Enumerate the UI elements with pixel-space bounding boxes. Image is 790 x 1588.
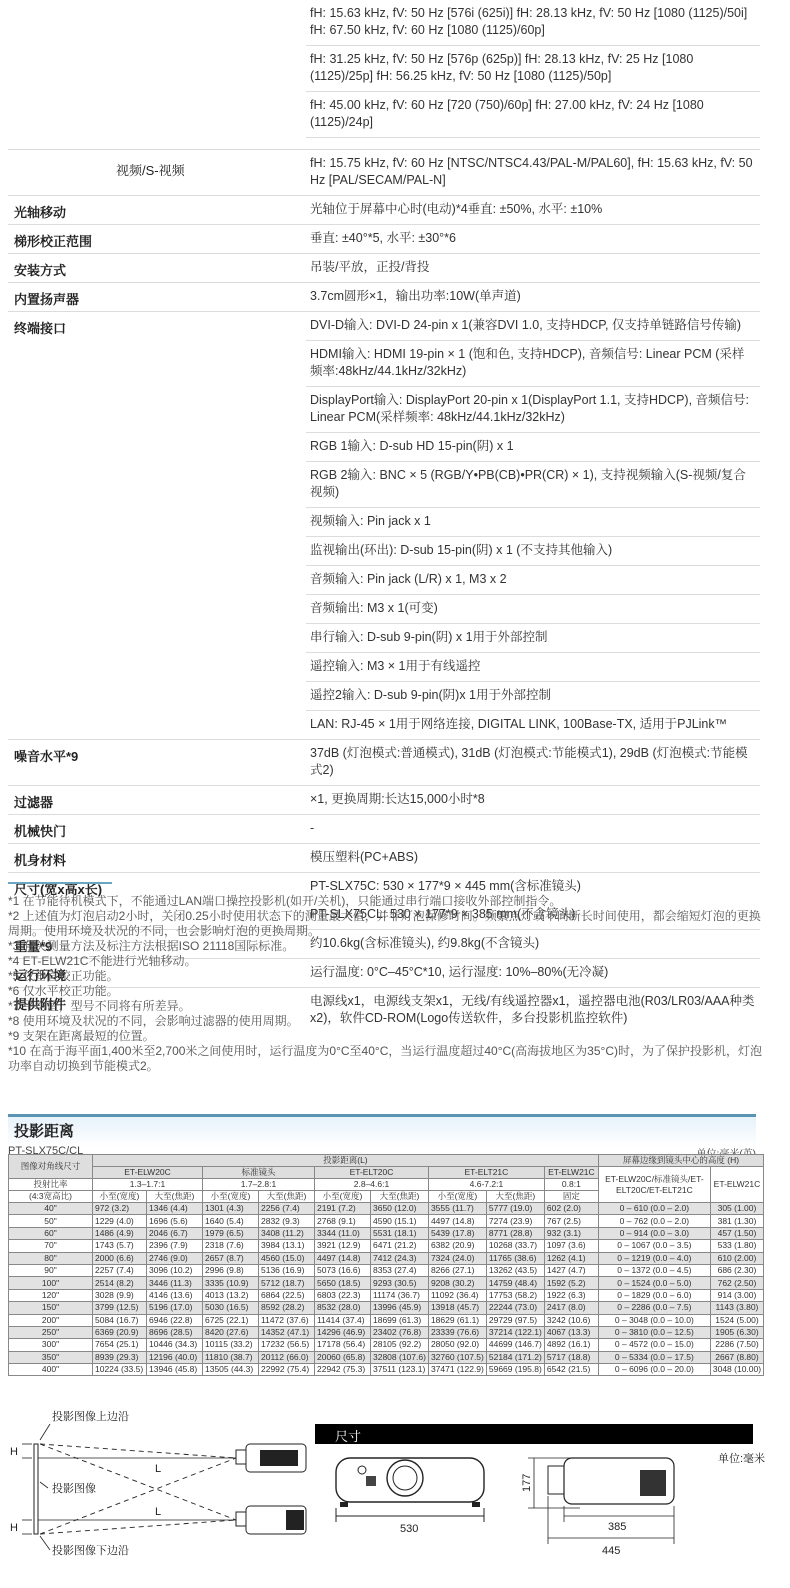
- table-cell: 1524 (5.00): [710, 1314, 763, 1326]
- table-cell: 11414 (37.4): [315, 1314, 371, 1326]
- table-row: 50"1229 (4.0)1696 (5.6)1640 (5.4)2832 (9…: [9, 1215, 764, 1227]
- table-cell: 11810 (38.7): [203, 1351, 259, 1363]
- table-cell: 3555 (11.7): [428, 1203, 486, 1215]
- max-label: 大至(焦距): [371, 1191, 429, 1203]
- footnote: *3 有关测量方法及标注方法根据ISO 21118国际标准。: [8, 939, 768, 954]
- table-cell: 8353 (27.4): [371, 1264, 429, 1276]
- spec-table: fH: 15.63 kHz, fV: 50 Hz [576i (625i)] f…: [8, 0, 760, 1033]
- table-cell: 5712 (18.7): [259, 1277, 315, 1289]
- table-cell: 602 (2.0): [544, 1203, 598, 1215]
- spec-value: RGB 1输入: D-sub HD 15-pin(阴) x 1: [306, 433, 760, 462]
- table-cell: 13946 (45.8): [147, 1364, 203, 1376]
- table-row: 90"2257 (7.4)3096 (10.2)2996 (9.8)5136 (…: [9, 1264, 764, 1276]
- table-cell: 29729 (97.5): [486, 1314, 544, 1326]
- table-cell: 14352 (47.1): [259, 1326, 315, 1338]
- spec-value: 视频输入: Pin jack x 1: [306, 508, 760, 537]
- table-cell: 6946 (22.8): [147, 1314, 203, 1326]
- table-cell: 5073 (16.6): [315, 1264, 371, 1276]
- table-cell: 2996 (9.8): [203, 1264, 259, 1276]
- table-row: 300"7654 (25.1)10446 (34.3)10115 (33.2)1…: [9, 1339, 764, 1351]
- image-label: 投影图像: [52, 1481, 96, 1495]
- diag-size-cell: 90": [9, 1264, 93, 1276]
- ratio: 1.3–1.7:1: [93, 1179, 203, 1191]
- table-row: 200"5084 (16.7)6946 (22.8)6725 (22.1)114…: [9, 1314, 764, 1326]
- table-cell: 37511 (123.1): [371, 1364, 429, 1376]
- table-cell: 6725 (22.1): [203, 1314, 259, 1326]
- table-cell: 2746 (9.0): [147, 1252, 203, 1264]
- table-cell: 6382 (20.9): [428, 1240, 486, 1252]
- table-cell: 2046 (6.7): [147, 1227, 203, 1239]
- ratio-aspect-label: (4:3宽高比): [9, 1191, 93, 1203]
- spec-value: -: [306, 815, 760, 843]
- projection-distance-header: 投影距离: [8, 1114, 756, 1147]
- projection-distance-table: 图像对角线尺寸 投影距离(L) 屏幕边缘到镜头中心的高度 (H) ET-ELW2…: [8, 1154, 764, 1376]
- h-label: H: [10, 1446, 18, 1458]
- projector-side-view: 177 385 445: [520, 1450, 720, 1560]
- spec-row: 机身材料模压塑料(PC+ABS): [8, 844, 760, 873]
- table-cell: 2318 (7.6): [203, 1240, 259, 1252]
- table-cell: 6369 (20.9): [93, 1326, 147, 1338]
- spec-label: 机械快门: [8, 815, 306, 843]
- footnote: *8 使用环境及状况的不同，会影响过滤器的使用周期。: [8, 1014, 768, 1029]
- table-cell: 4013 (13.2): [203, 1289, 259, 1301]
- table-cell: 1143 (3.80): [710, 1302, 763, 1314]
- table-cell: 767 (2.5): [544, 1215, 598, 1227]
- table-cell: 17178 (56.4): [315, 1339, 371, 1351]
- spec-value: fH: 15.63 kHz, fV: 50 Hz [576i (625i)] f…: [306, 0, 760, 46]
- table-cell: 37471 (122.9): [428, 1364, 486, 1376]
- table-cell: 23402 (76.8): [371, 1326, 429, 1338]
- table-cell: 2257 (7.4): [93, 1264, 147, 1276]
- spec-value: 光轴位于屏幕中心时(电动)*4垂直: ±50%, 水平: ±10%: [306, 196, 760, 224]
- table-cell: 11472 (37.6): [259, 1314, 315, 1326]
- spec-value: 遥控2输入: D-sub 9-pin(阴)x 1用于外部控制: [306, 682, 760, 711]
- max-label: 大至(焦距): [259, 1191, 315, 1203]
- table-cell: 17232 (56.5): [259, 1339, 315, 1351]
- table-cell: 0 – 3810 (0.0 – 12.5): [598, 1326, 710, 1338]
- spec-value: [306, 138, 760, 149]
- table-cell: 0 – 3048 (0.0 – 10.0): [598, 1314, 710, 1326]
- spec-label: 视频/S-视频: [8, 150, 306, 195]
- spec-row: 光轴移动光轴位于屏幕中心时(电动)*4垂直: ±50%, 水平: ±10%: [8, 196, 760, 225]
- table-cell: 11092 (36.4): [428, 1289, 486, 1301]
- table-cell: 3335 (10.9): [203, 1277, 259, 1289]
- table-cell: 52184 (171.2): [486, 1351, 544, 1363]
- table-row: 60"1486 (4.9)2046 (6.7)1979 (6.5)3408 (1…: [9, 1227, 764, 1239]
- spec-label: 内置扬声器: [8, 283, 306, 311]
- table-cell: 0 – 1067 (0.0 – 3.5): [598, 1240, 710, 1252]
- table-cell: 914 (3.00): [710, 1289, 763, 1301]
- table-cell: 7274 (23.9): [486, 1215, 544, 1227]
- table-cell: 5439 (17.8): [428, 1227, 486, 1239]
- diag-size-cell: 200": [9, 1314, 93, 1326]
- table-cell: 4497 (14.8): [315, 1252, 371, 1264]
- diag-size-cell: 250": [9, 1326, 93, 1338]
- table-cell: 0 – 1829 (0.0 – 6.0): [598, 1289, 710, 1301]
- table-cell: 0 – 610 (0.0 – 2.0): [598, 1203, 710, 1215]
- table-cell: 44699 (146.7): [486, 1339, 544, 1351]
- table-cell: 8420 (27.6): [203, 1326, 259, 1338]
- table-cell: 0 – 2286 (0.0 – 7.5): [598, 1302, 710, 1314]
- table-cell: 1743 (5.7): [93, 1240, 147, 1252]
- table-cell: 13918 (45.7): [428, 1302, 486, 1314]
- table-cell: 28105 (92.2): [371, 1339, 429, 1351]
- spec-row: 噪音水平*937dB (灯泡模式:普通模式), 31dB (灯泡模式:节能模式1…: [8, 740, 760, 786]
- table-cell: 4590 (15.1): [371, 1215, 429, 1227]
- lens-header: ET-ELW21C: [544, 1167, 598, 1179]
- table-cell: 3096 (10.2): [147, 1264, 203, 1276]
- diag-size-cell: 80": [9, 1252, 93, 1264]
- table-cell: 0 – 1372 (0.0 – 4.5): [598, 1264, 710, 1276]
- diag-size-cell: 300": [9, 1339, 93, 1351]
- spec-value: 音频输出: M3 x 1(可变): [306, 595, 760, 624]
- table-cell: 305 (1.00): [710, 1203, 763, 1215]
- table-cell: 5196 (17.0): [147, 1302, 203, 1314]
- spec-value: 垂直: ±40°*5, 水平: ±30°*6: [306, 225, 760, 253]
- body-length-dimension: 385: [608, 1521, 626, 1533]
- table-cell: 1979 (6.5): [203, 1227, 259, 1239]
- diag-size-cell: 400": [9, 1364, 93, 1376]
- table-cell: 14296 (46.9): [315, 1326, 371, 1338]
- footnotes: *1 在节能待机模式下，不能通过LAN端口操控投影机(如开/关机)，只能通过串行…: [8, 894, 768, 1074]
- lens-header: ET-ELW20C: [93, 1167, 203, 1179]
- spec-value: fH: 15.75 kHz, fV: 60 Hz [NTSC/NTSC4.43/…: [306, 150, 760, 195]
- table-cell: 3799 (12.5): [93, 1302, 147, 1314]
- spec-label: 安装方式: [8, 254, 306, 282]
- table-cell: 1346 (4.4): [147, 1203, 203, 1215]
- table-cell: 932 (3.1): [544, 1227, 598, 1239]
- table-cell: 14759 (48.4): [486, 1277, 544, 1289]
- table-cell: 686 (2.30): [710, 1264, 763, 1276]
- spec-value: 吊装/平放，正投/背投: [306, 254, 760, 282]
- footnote: *6 仅水平校正功能。: [8, 984, 768, 999]
- table-cell: 5136 (16.9): [259, 1264, 315, 1276]
- max-label: 大至(焦距): [486, 1191, 544, 1203]
- spec-label: 机身材料: [8, 844, 306, 872]
- lens-header: 标准镜头: [203, 1167, 315, 1179]
- diag-size-cell: 50": [9, 1215, 93, 1227]
- table-cell: 0 – 5334 (0.0 – 17.5): [598, 1351, 710, 1363]
- table-cell: 610 (2.00): [710, 1252, 763, 1264]
- table-cell: 32808 (107.6): [371, 1351, 429, 1363]
- distance-header: 投影距离(L): [93, 1155, 599, 1167]
- table-cell: 762 (2.50): [710, 1277, 763, 1289]
- table-row: 100"2514 (8.2)3446 (11.3)3335 (10.9)5712…: [9, 1277, 764, 1289]
- table-cell: 3984 (13.1): [259, 1240, 315, 1252]
- projector-front-view: 530: [330, 1450, 510, 1540]
- table-cell: 3921 (12.9): [315, 1240, 371, 1252]
- fixed-label: 固定: [544, 1191, 598, 1203]
- spec-value: 模压塑料(PC+ABS): [306, 844, 760, 872]
- table-cell: 4146 (13.6): [147, 1289, 203, 1301]
- table-row: 150"3799 (12.5)5196 (17.0)5030 (16.5)859…: [9, 1302, 764, 1314]
- table-cell: 1640 (5.4): [203, 1215, 259, 1227]
- table-cell: 8592 (28.2): [259, 1302, 315, 1314]
- ratio: 2.8–4.6:1: [315, 1179, 429, 1191]
- table-cell: 9293 (30.5): [371, 1277, 429, 1289]
- table-cell: 3446 (11.3): [147, 1277, 203, 1289]
- table-cell: 18699 (61.3): [371, 1314, 429, 1326]
- section-title: 投影距离: [14, 1120, 74, 1141]
- table-cell: 5030 (16.5): [203, 1302, 259, 1314]
- table-cell: 8771 (28.8): [486, 1227, 544, 1239]
- spec-row: fH: 15.63 kHz, fV: 50 Hz [576i (625i)] f…: [8, 0, 760, 150]
- max-label: 大至(焦距): [147, 1191, 203, 1203]
- table-cell: 13505 (44.3): [203, 1364, 259, 1376]
- footnote-divider: [8, 882, 112, 884]
- table-cell: 4892 (16.1): [544, 1339, 598, 1351]
- diag-size-cell: 40": [9, 1203, 93, 1215]
- footnote: *9 支架在距离最短的位置。: [8, 1029, 768, 1044]
- table-cell: 11174 (36.7): [371, 1289, 429, 1301]
- lens-header: ET-ELT20C: [315, 1167, 429, 1179]
- footnote: *10 在高于海平面1,400米至2,700米之间使用时，运行温度为0°C至40…: [8, 1044, 768, 1074]
- table-cell: 22942 (75.3): [315, 1364, 371, 1376]
- table-cell: 6471 (21.2): [371, 1240, 429, 1252]
- spec-label: 梯形校正范围: [8, 225, 306, 253]
- table-cell: 2191 (7.2): [315, 1203, 371, 1215]
- table-cell: 2417 (8.0): [544, 1302, 598, 1314]
- table-cell: 6542 (21.5): [544, 1364, 598, 1376]
- table-cell: 1229 (4.0): [93, 1215, 147, 1227]
- table-cell: 5531 (18.1): [371, 1227, 429, 1239]
- table-cell: 13996 (45.9): [371, 1302, 429, 1314]
- table-cell: 5717 (18.8): [544, 1351, 598, 1363]
- footnote: *7 平均值，型号不同将有所差异。: [8, 999, 768, 1014]
- spec-value: 音频输入: Pin jack (L/R) x 1, M3 x 2: [306, 566, 760, 595]
- spec-value: 串行输入: D-sub 9-pin(阴) x 1用于外部控制: [306, 624, 760, 653]
- table-cell: 59669 (195.8): [486, 1364, 544, 1376]
- table-row: 40"972 (3.2)1346 (4.4)1301 (4.3)2256 (7.…: [9, 1203, 764, 1215]
- table-row: 400"10224 (33.5)13946 (45.8)13505 (44.3)…: [9, 1364, 764, 1376]
- table-cell: 0 – 762 (0.0 – 2.0): [598, 1215, 710, 1227]
- table-row: 80"2000 (6.6)2746 (9.0)2657 (8.7)4560 (1…: [9, 1252, 764, 1264]
- table-cell: 0 – 1524 (0.0 – 5.0): [598, 1277, 710, 1289]
- total-length-dimension: 445: [602, 1545, 620, 1557]
- spec-label: [8, 0, 306, 149]
- table-cell: 1097 (3.6): [544, 1240, 598, 1252]
- table-cell: 5650 (18.5): [315, 1277, 371, 1289]
- table-row: 350"8939 (29.3)12196 (40.0)11810 (38.7)2…: [9, 1351, 764, 1363]
- l-label: L: [155, 1463, 161, 1475]
- table-cell: 4067 (13.3): [544, 1326, 598, 1338]
- table-cell: 0 – 6096 (0.0 – 20.0): [598, 1364, 710, 1376]
- spec-value: fH: 31.25 kHz, fV: 50 Hz [576p (625p)] f…: [306, 46, 760, 92]
- table-cell: 7412 (24.3): [371, 1252, 429, 1264]
- table-cell: 972 (3.2): [93, 1203, 147, 1215]
- height-header: 屏幕边缘到镜头中心的高度 (H): [598, 1155, 763, 1167]
- table-cell: 3344 (11.0): [315, 1227, 371, 1239]
- table-cell: 11765 (38.6): [486, 1252, 544, 1264]
- footnote: *4 ET-ELW21C不能进行光轴移动。: [8, 954, 768, 969]
- table-cell: 23339 (76.6): [428, 1326, 486, 1338]
- footnote: *5 仅垂直校正功能。: [8, 969, 768, 984]
- table-cell: 2768 (9.1): [315, 1215, 371, 1227]
- table-cell: 457 (1.50): [710, 1227, 763, 1239]
- footnote: *1 在节能待机模式下，不能通过LAN端口操控投影机(如开/关机)，只能通过串行…: [8, 894, 768, 909]
- spec-value: 遥控输入: M3 × 1用于有线遥控: [306, 653, 760, 682]
- table-cell: 1905 (6.30): [710, 1326, 763, 1338]
- table-cell: 2256 (7.4): [259, 1203, 315, 1215]
- h-col1-header: ET-ELW20C/标准镜头/ET-ELT20C/ET-ELT21C: [598, 1167, 710, 1203]
- table-cell: 17753 (58.2): [486, 1289, 544, 1301]
- ratio: 1.7–2.8:1: [203, 1179, 315, 1191]
- table-cell: 1262 (4.1): [544, 1252, 598, 1264]
- spec-label: 噪音水平*9: [8, 740, 306, 785]
- projection-diagram: 投影图像上边沿 投影图像 投影图像下边沿 H H L L: [0, 1400, 330, 1588]
- table-cell: 2000 (6.6): [93, 1252, 147, 1264]
- table-cell: 5084 (16.7): [93, 1314, 147, 1326]
- table-cell: 7324 (24.0): [428, 1252, 486, 1264]
- bottom-edge-label: 投影图像下边沿: [52, 1543, 129, 1557]
- table-cell: 1922 (6.3): [544, 1289, 598, 1301]
- table-cell: 381 (1.30): [710, 1215, 763, 1227]
- table-row: 70"1743 (5.7)2396 (7.9)2318 (7.6)3984 (1…: [9, 1240, 764, 1252]
- lens-header: ET-ELT21C: [428, 1167, 544, 1179]
- table-cell: 12196 (40.0): [147, 1351, 203, 1363]
- l-label: L: [155, 1506, 161, 1518]
- spec-row: 内置扬声器3.7cm圆形×1，输出功率:10W(单声道): [8, 283, 760, 312]
- table-cell: 2657 (8.7): [203, 1252, 259, 1264]
- table-cell: 1592 (5.2): [544, 1277, 598, 1289]
- diag-size-cell: 60": [9, 1227, 93, 1239]
- table-cell: 8939 (29.3): [93, 1351, 147, 1363]
- spec-row: 梯形校正范围垂直: ±40°*5, 水平: ±30°*6: [8, 225, 760, 254]
- table-cell: 7654 (25.1): [93, 1339, 147, 1351]
- table-row: 250"6369 (20.9)8696 (28.5)8420 (27.6)143…: [9, 1326, 764, 1338]
- spec-label: 终端接口: [8, 312, 306, 739]
- table-cell: 5777 (19.0): [486, 1203, 544, 1215]
- spec-value: ×1, 更换周期:长达15,000小时*8: [306, 786, 760, 814]
- ratio: 0.8:1: [544, 1179, 598, 1191]
- table-cell: 22992 (75.4): [259, 1364, 315, 1376]
- table-cell: 6803 (22.3): [315, 1289, 371, 1301]
- table-cell: 3650 (12.0): [371, 1203, 429, 1215]
- spec-row: 机械快门-: [8, 815, 760, 844]
- min-label: 小至(宽度): [315, 1191, 371, 1203]
- table-cell: 10224 (33.5): [93, 1364, 147, 1376]
- spec-value: fH: 45.00 kHz, fV: 60 Hz [720 (750)/60p]…: [306, 92, 760, 138]
- table-cell: 13262 (43.5): [486, 1264, 544, 1276]
- table-cell: 1486 (4.9): [93, 1227, 147, 1239]
- table-cell: 2286 (7.50): [710, 1339, 763, 1351]
- spec-row: 安装方式吊装/平放，正投/背投: [8, 254, 760, 283]
- table-row: 120"3028 (9.9)4146 (13.6)4013 (13.2)6864…: [9, 1289, 764, 1301]
- spec-row: 过滤器×1, 更换周期:长达15,000小时*8: [8, 786, 760, 815]
- spec-value: 3.7cm圆形×1，输出功率:10W(单声道): [306, 283, 760, 311]
- table-cell: 533 (1.80): [710, 1240, 763, 1252]
- spec-row: 视频/S-视频fH: 15.75 kHz, fV: 60 Hz [NTSC/NT…: [8, 150, 760, 196]
- spec-value: HDMI输入: HDMI 19-pin × 1 (饱和色, 支持HDCP), 音…: [306, 341, 760, 387]
- min-label: 小至(宽度): [93, 1191, 147, 1203]
- top-edge-label: 投影图像上边沿: [52, 1409, 129, 1423]
- spec-value: 监视输出(环出): D-sub 15-pin(阴) x 1 (不支持其他输入): [306, 537, 760, 566]
- dimensions-header: 尺寸: [315, 1424, 753, 1444]
- table-cell: 10446 (34.3): [147, 1339, 203, 1351]
- diag-size-cell: 150": [9, 1302, 93, 1314]
- dimensions-title: 尺寸: [335, 1426, 361, 1445]
- min-label: 小至(宽度): [203, 1191, 259, 1203]
- table-cell: 0 – 4572 (0.0 – 15.0): [598, 1339, 710, 1351]
- table-cell: 10115 (33.2): [203, 1339, 259, 1351]
- h-col2-header: ET-ELW21C: [710, 1167, 763, 1203]
- ratio: 4.6-7.2:1: [428, 1179, 544, 1191]
- spec-value: LAN: RJ-45 × 1用于网络连接, DIGITAL LINK, 100B…: [306, 711, 760, 739]
- table-cell: 4497 (14.8): [428, 1215, 486, 1227]
- table-cell: 37214 (122.1): [486, 1326, 544, 1338]
- table-cell: 10268 (33.7): [486, 1240, 544, 1252]
- table-cell: 4560 (15.0): [259, 1252, 315, 1264]
- table-cell: 18629 (61.1): [428, 1314, 486, 1326]
- spec-value: DVI-D输入: DVI-D 24-pin x 1(兼容DVI 1.0, 支持H…: [306, 312, 760, 341]
- table-cell: 8266 (27.1): [428, 1264, 486, 1276]
- table-cell: 3242 (10.6): [544, 1314, 598, 1326]
- spec-row: 终端接口DVI-D输入: DVI-D 24-pin x 1(兼容DVI 1.0,…: [8, 312, 760, 740]
- diag-size-cell: 100": [9, 1277, 93, 1289]
- table-cell: 2396 (7.9): [147, 1240, 203, 1252]
- spec-value: 37dB (灯泡模式:普通模式), 31dB (灯泡模式:节能模式1), 29d…: [306, 740, 760, 785]
- table-cell: 8696 (28.5): [147, 1326, 203, 1338]
- table-cell: 2832 (9.3): [259, 1215, 315, 1227]
- spec-label: 光轴移动: [8, 196, 306, 224]
- table-cell: 3028 (9.9): [93, 1289, 147, 1301]
- diag-size-cell: 70": [9, 1240, 93, 1252]
- table-cell: 9208 (30.2): [428, 1277, 486, 1289]
- spec-value: DisplayPort输入: DisplayPort 20-pin x 1(Di…: [306, 387, 760, 433]
- table-cell: 22244 (73.0): [486, 1302, 544, 1314]
- spec-label: 过滤器: [8, 786, 306, 814]
- diag-size-cell: 350": [9, 1351, 93, 1363]
- table-cell: 1301 (4.3): [203, 1203, 259, 1215]
- table-cell: 3408 (11.2): [259, 1227, 315, 1239]
- table-cell: 2514 (8.2): [93, 1277, 147, 1289]
- table-cell: 0 – 1219 (0.0 – 4.0): [598, 1252, 710, 1264]
- table-cell: 20060 (65.8): [315, 1351, 371, 1363]
- dimensions-unit: 单位:毫米: [718, 1450, 765, 1466]
- table-cell: 8532 (28.0): [315, 1302, 371, 1314]
- table-cell: 6864 (22.5): [259, 1289, 315, 1301]
- height-dimension: 177: [521, 1474, 533, 1492]
- diag-header: 图像对角线尺寸: [9, 1155, 93, 1179]
- spec-value: RGB 2输入: BNC × 5 (RGB/Y•PB(CB)•PR(CR) × …: [306, 462, 760, 508]
- table-cell: 28050 (92.0): [428, 1339, 486, 1351]
- table-cell: 32760 (107.5): [428, 1351, 486, 1363]
- ratio-label: 投射比率: [9, 1179, 93, 1191]
- table-cell: 1696 (5.6): [147, 1215, 203, 1227]
- table-cell: 1427 (4.7): [544, 1264, 598, 1276]
- h-label: H: [10, 1522, 18, 1534]
- diag-size-cell: 120": [9, 1289, 93, 1301]
- table-cell: 0 – 914 (0.0 – 3.0): [598, 1227, 710, 1239]
- table-cell: 3048 (10.00): [710, 1364, 763, 1376]
- table-cell: 20112 (66.0): [259, 1351, 315, 1363]
- width-dimension: 530: [400, 1523, 418, 1535]
- table-cell: 2667 (8.80): [710, 1351, 763, 1363]
- min-label: 小至(宽度): [428, 1191, 486, 1203]
- footnote: *2 上述值为灯泡启动2小时，关闭0.25小时使用状态下的测量最大值，并非灯泡保…: [8, 909, 768, 939]
